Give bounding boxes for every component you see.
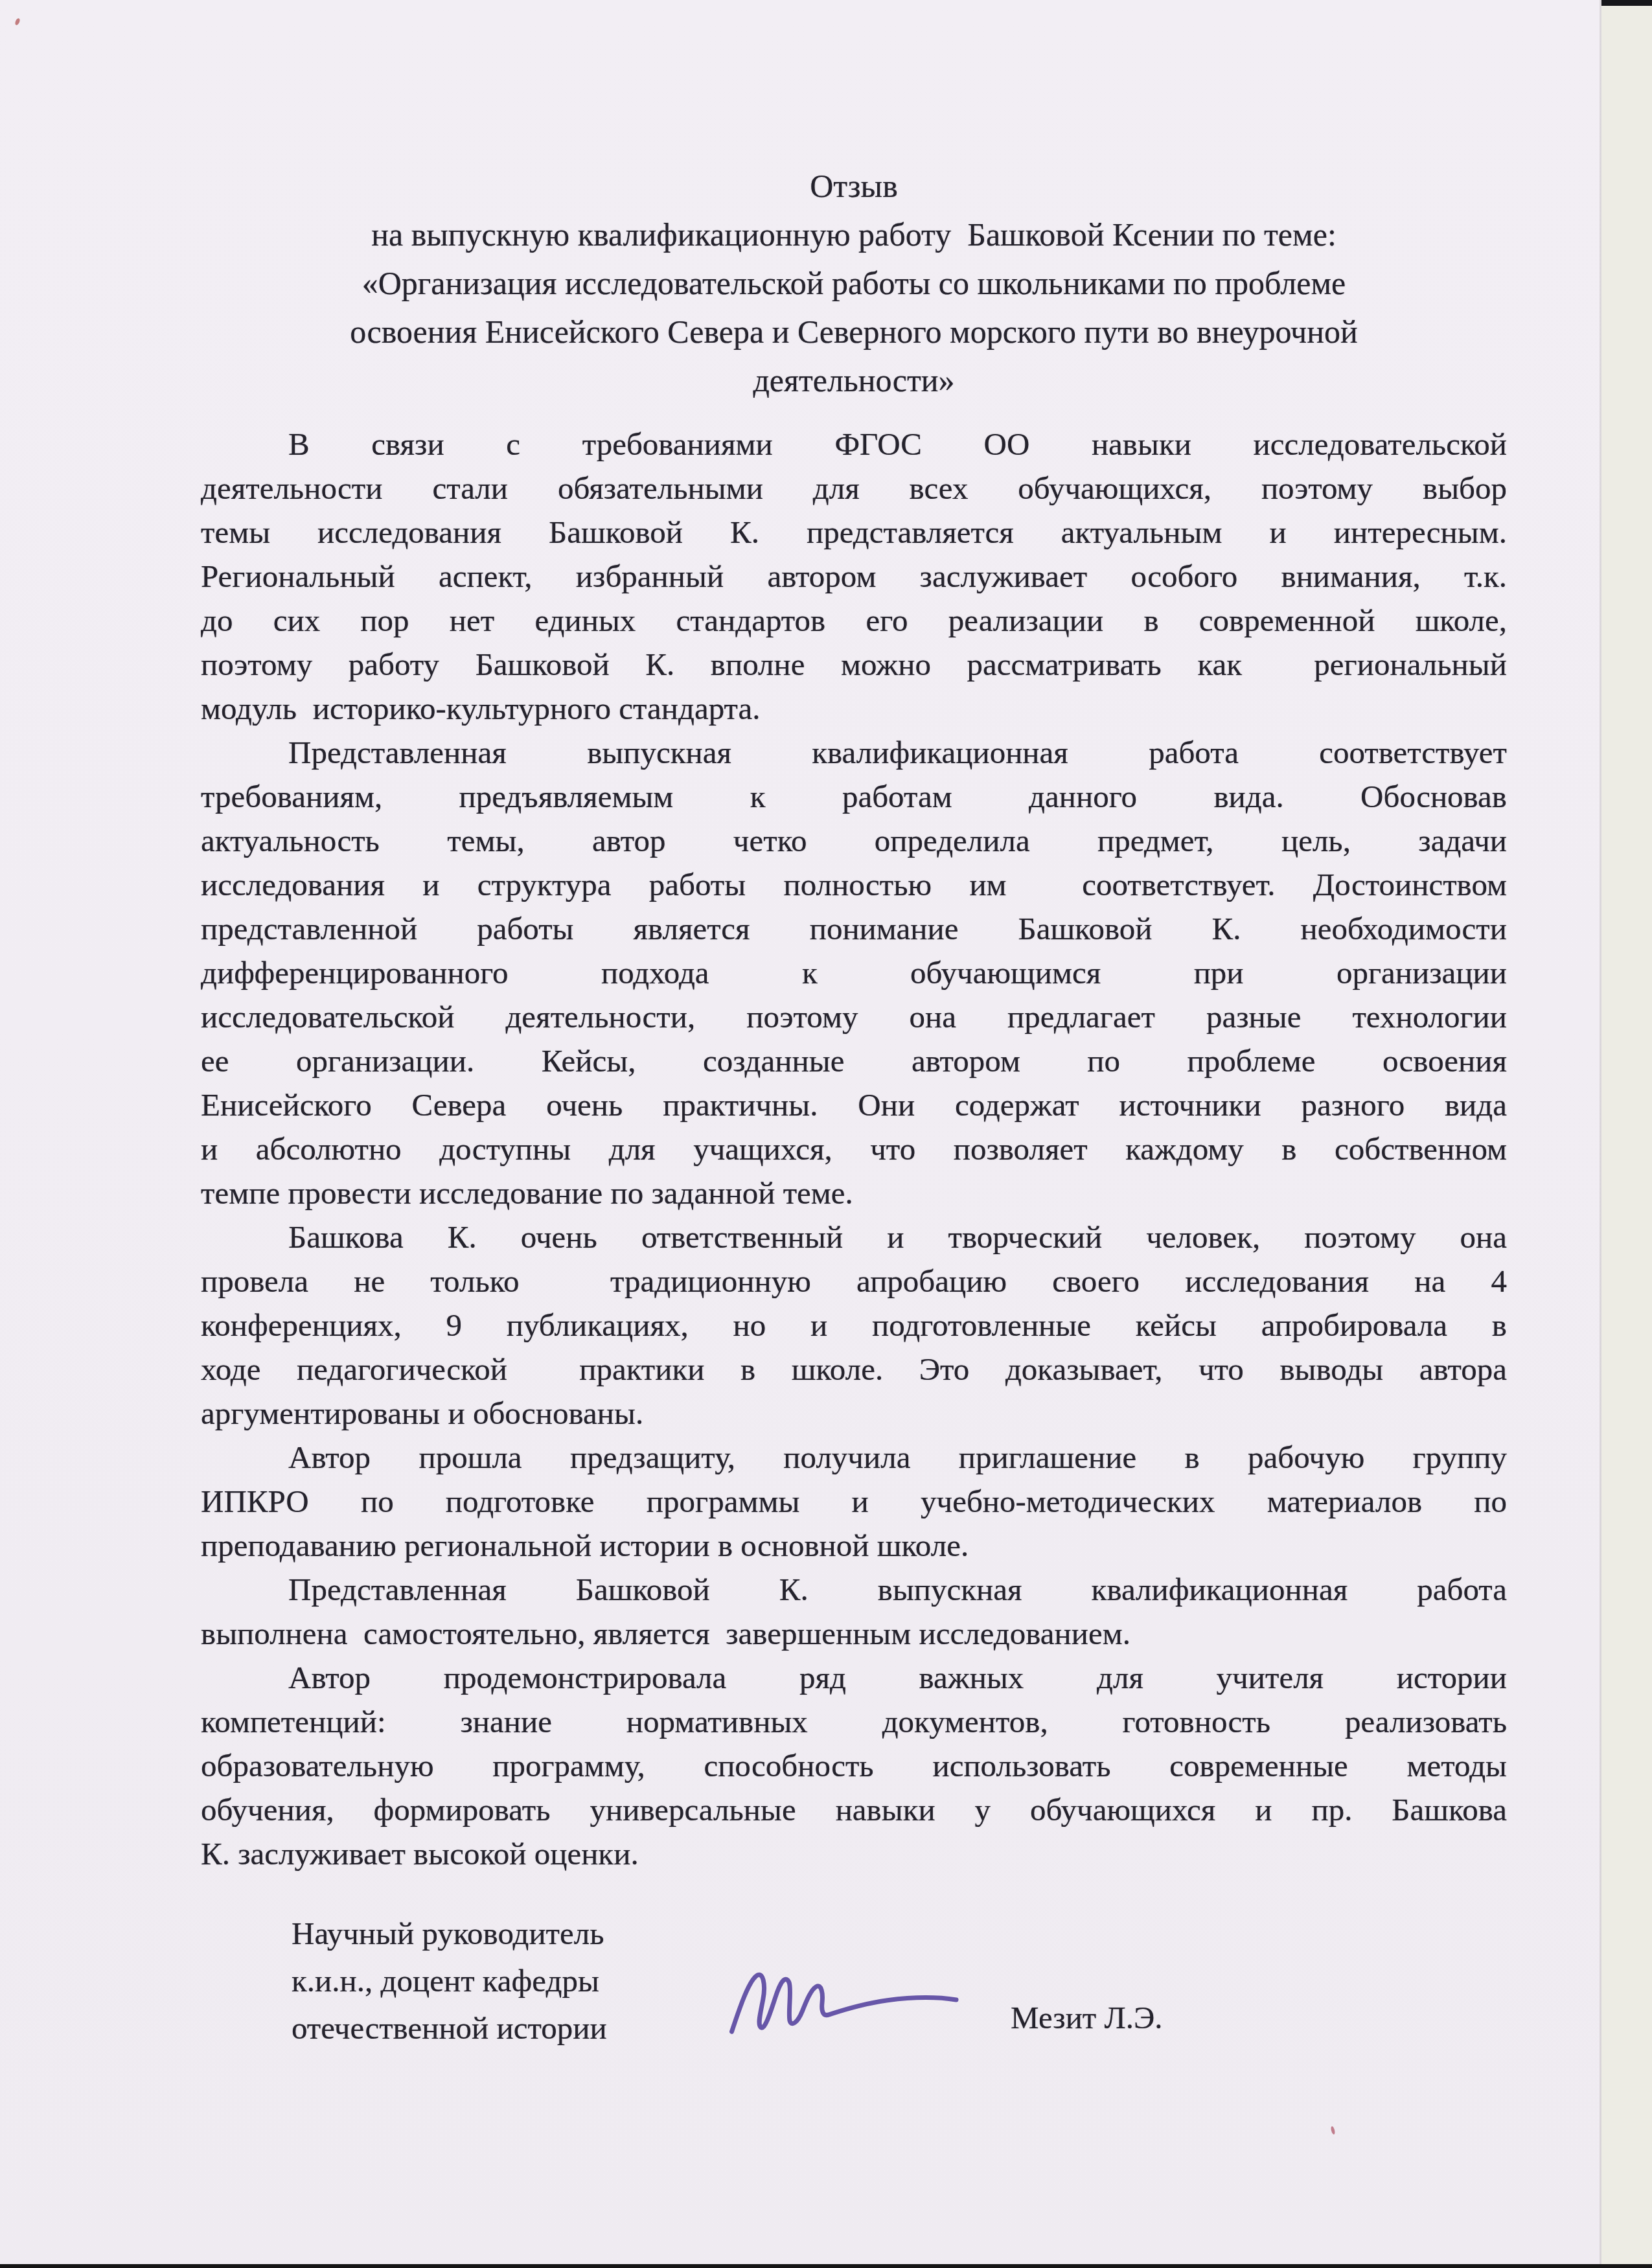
paragraph-line: обучения, формировать универсальные навы…	[201, 1788, 1507, 1832]
signer-name: Мезит Л.Э.	[1011, 1994, 1163, 2041]
paragraph-line: до сих пор нет единых стандартов его реа…	[201, 599, 1507, 643]
scan-speck	[1330, 2126, 1335, 2135]
title-line: «Организация исследовательской работы со…	[201, 259, 1507, 308]
paragraph-line: исследовательской деятельности, поэтому …	[201, 995, 1507, 1039]
paper-edge-shadow	[1600, 0, 1601, 2268]
paragraph-line: компетенций: знание нормативных документ…	[201, 1700, 1507, 1744]
paragraph-line: деятельности стали обязательными для все…	[201, 466, 1507, 510]
paragraph-line: ходе педагогической практики в школе. Эт…	[201, 1347, 1507, 1392]
signature-block: Научный руководитель к.и.н., доцент кафе…	[292, 1910, 607, 2052]
title-line: Отзыв	[201, 162, 1507, 211]
title-line: на выпускную квалификационную работу Баш…	[201, 211, 1507, 259]
paragraph-line: актуальность темы, автор четко определил…	[201, 819, 1507, 863]
scanner-bed-strip	[1601, 0, 1652, 2268]
paragraph-line: требованиям, предъявляемым к работам дан…	[201, 775, 1507, 819]
paragraph-line: Автор прошла предзащиту, получила пригла…	[201, 1436, 1507, 1480]
paragraph-line: ее организации. Кейсы, созданные автором…	[201, 1039, 1507, 1083]
paragraph-line: темы исследования Башковой К. представля…	[201, 510, 1507, 555]
paragraph-line: образовательную программу, способность и…	[201, 1744, 1507, 1788]
scan-top-dark-bar	[1601, 0, 1652, 6]
paragraph-line: аргументированы и обоснованы.	[201, 1392, 1507, 1436]
paragraph-line: темпе провести исследование по заданной …	[201, 1171, 1507, 1215]
signer-role-line: Научный руководитель	[292, 1910, 607, 1957]
paragraph-line: конференциях, 9 публикациях, но и подгот…	[201, 1303, 1507, 1347]
paragraph-line: Башкова К. очень ответственный и творчес…	[201, 1215, 1507, 1259]
signer-department-line: отечественной истории	[292, 2004, 607, 2052]
scanned-document-page: Отзывна выпускную квалификационную работ…	[0, 0, 1652, 2268]
title-line: освоения Енисейского Севера и Северного …	[201, 308, 1507, 356]
signer-degree-line: к.и.н., доцент кафедры	[292, 1957, 607, 2004]
paragraph-line: и абсолютно доступны для учащихся, что п…	[201, 1127, 1507, 1171]
paragraph-line: Автор продемонстрировала ряд важных для …	[201, 1656, 1507, 1700]
paragraph-line: провела не только традиционную апробацию…	[201, 1259, 1507, 1303]
handwritten-signature-icon	[724, 1959, 967, 2045]
document-body: В связи с требованиями ФГОС ОО навыки ис…	[201, 422, 1507, 1876]
paragraph-line: Представленная Башковой К. выпускная ква…	[201, 1568, 1507, 1612]
paragraph-line: исследования и структура работы полность…	[201, 863, 1507, 907]
paragraph-line: модуль историко-культурного стандарта.	[201, 687, 1507, 731]
paragraph-line: поэтому работу Башковой К. вполне можно …	[201, 643, 1507, 687]
paragraph-line: выполнена самостоятельно, является завер…	[201, 1612, 1507, 1656]
document-title: Отзывна выпускную квалификационную работ…	[201, 162, 1507, 405]
paragraph-line: дифференцированного подхода к обучающимс…	[201, 951, 1507, 995]
paragraph-line: Представленная выпускная квалификационна…	[201, 731, 1507, 775]
paragraph-line: Региональный аспект, избранный автором з…	[201, 555, 1507, 599]
scan-bottom-dark-bar	[0, 2264, 1652, 2268]
paragraph-line: В связи с требованиями ФГОС ОО навыки ис…	[201, 422, 1507, 466]
paragraph-line: ИПКРО по подготовке программы и учебно-м…	[201, 1480, 1507, 1524]
paragraph-line: представленной работы является понимание…	[201, 907, 1507, 951]
paragraph-line: преподаванию региональной истории в осно…	[201, 1524, 1507, 1568]
paragraph-line: Енисейского Севера очень практичны. Они …	[201, 1083, 1507, 1127]
scan-speck	[14, 17, 21, 26]
paragraph-line: К. заслуживает высокой оценки.	[201, 1832, 1507, 1876]
title-line: деятельности»	[201, 356, 1507, 405]
